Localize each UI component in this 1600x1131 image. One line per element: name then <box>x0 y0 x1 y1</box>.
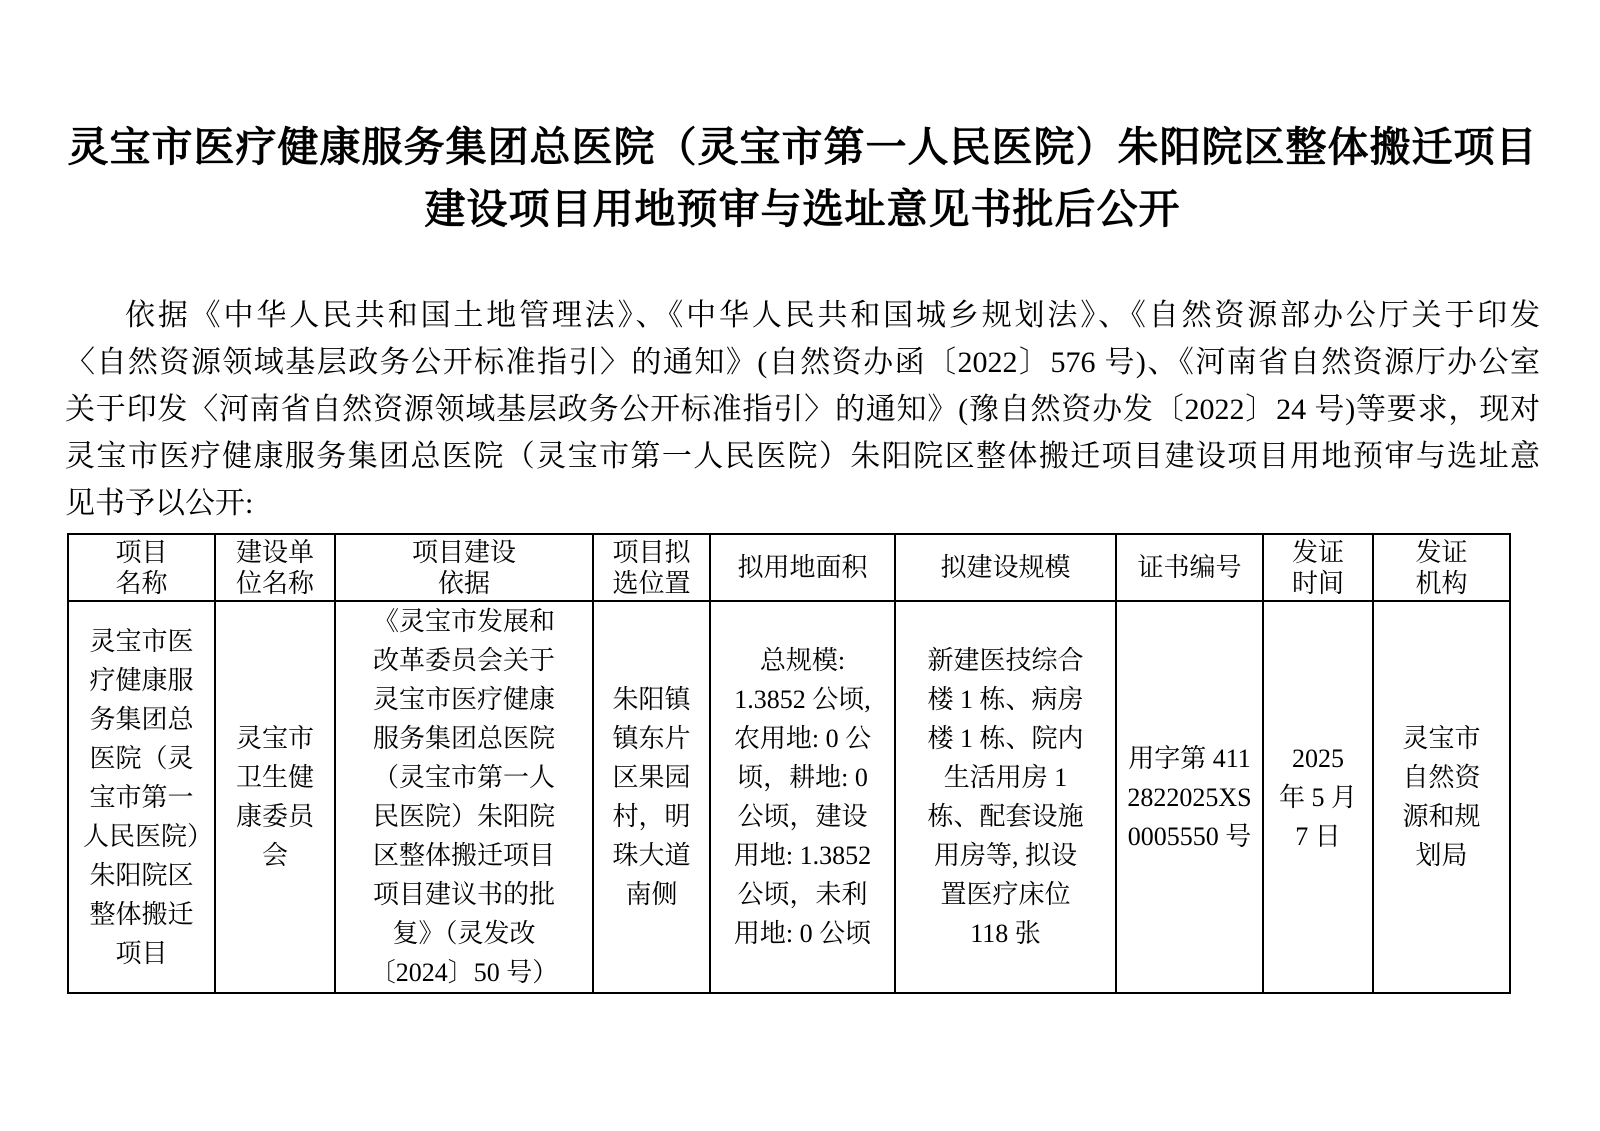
intro-paragraph: 依据《中华人民共和国土地管理法》、《中华人民共和国城乡规划法》、《自然资源部办公… <box>65 292 1540 527</box>
intro-line-2: 〈自然资源领域基层政务公开标准指引〉的通知》(自然资办函〔2022〕576 号)… <box>65 339 1540 386</box>
col-header-proposed-location: 项目拟 选位置 <box>593 534 710 601</box>
document-page: 灵宝市医疗健康服务集团总医院（灵宝市第一人民医院）朱阳院区整体搬迁项目 建设项目… <box>0 0 1600 1131</box>
cell-proposed-location: 朱阳镇镇东片区果园村，明珠大道南侧 <box>593 601 710 993</box>
col-header-issuing-authority: 发证 机构 <box>1373 534 1510 601</box>
col-header-construction-scale: 拟建设规模 <box>895 534 1116 601</box>
col-header-construction-unit: 建设单 位名称 <box>215 534 335 601</box>
col-header-project-basis: 项目建设 依据 <box>335 534 593 601</box>
cell-project-name: 灵宝市医疗健康服务集团总医院（灵宝市第一人民医院）朱阳院区整体搬迁项目 <box>68 601 215 993</box>
cell-construction-unit: 灵宝市卫生健康委员会 <box>215 601 335 993</box>
intro-line-3: 关于印发〈河南省自然资源领域基层政务公开标准指引〉的通知》(豫自然资办发〔202… <box>65 386 1540 433</box>
cell-issuing-authority: 灵宝市自然资源和规划局 <box>1373 601 1510 993</box>
cell-certificate-number: 用字第 4112822025XS0005550 号 <box>1116 601 1263 993</box>
intro-line-4: 灵宝市医疗健康服务集团总医院（灵宝市第一人民医院）朱阳院区整体搬迁项目建设项目用… <box>65 433 1540 480</box>
title-line-2: 建设项目用地预审与选址意见书批后公开 <box>65 178 1540 240</box>
col-header-land-area: 拟用地面积 <box>710 534 895 601</box>
intro-line-5: 见书予以公开: <box>65 480 1540 527</box>
cell-construction-scale: 新建医技综合楼 1 栋、病房楼 1 栋、院内生活用房 1 栋、配套设施用房等, … <box>895 601 1116 993</box>
col-header-project-name: 项目 名称 <box>68 534 215 601</box>
cell-issue-date: 2025 年 5 月 7 日 <box>1263 601 1373 993</box>
cell-project-basis: 《灵宝市发展和改革委员会关于灵宝市医疗健康服务集团总医院（灵宝市第一人民医院）朱… <box>335 601 593 993</box>
col-header-issue-date: 发证 时间 <box>1263 534 1373 601</box>
col-header-certificate-number: 证书编号 <box>1116 534 1263 601</box>
approval-table: 项目 名称 建设单 位名称 项目建设 依据 项目拟 选位置 拟用地面积 拟建设规… <box>67 533 1511 994</box>
table-data-row: 灵宝市医疗健康服务集团总医院（灵宝市第一人民医院）朱阳院区整体搬迁项目 灵宝市卫… <box>68 601 1510 993</box>
title-line-1: 灵宝市医疗健康服务集团总医院（灵宝市第一人民医院）朱阳院区整体搬迁项目 <box>65 116 1540 178</box>
intro-line-1: 依据《中华人民共和国土地管理法》、《中华人民共和国城乡规划法》、《自然资源部办公… <box>65 292 1540 339</box>
cell-land-area: 总规模: 1.3852 公顷, 农用地: 0 公顷，耕地: 0 公顷，建设用地:… <box>710 601 895 993</box>
document-title: 灵宝市医疗健康服务集团总医院（灵宝市第一人民医院）朱阳院区整体搬迁项目 建设项目… <box>65 116 1540 240</box>
table-header-row: 项目 名称 建设单 位名称 项目建设 依据 项目拟 选位置 拟用地面积 拟建设规… <box>68 534 1510 601</box>
